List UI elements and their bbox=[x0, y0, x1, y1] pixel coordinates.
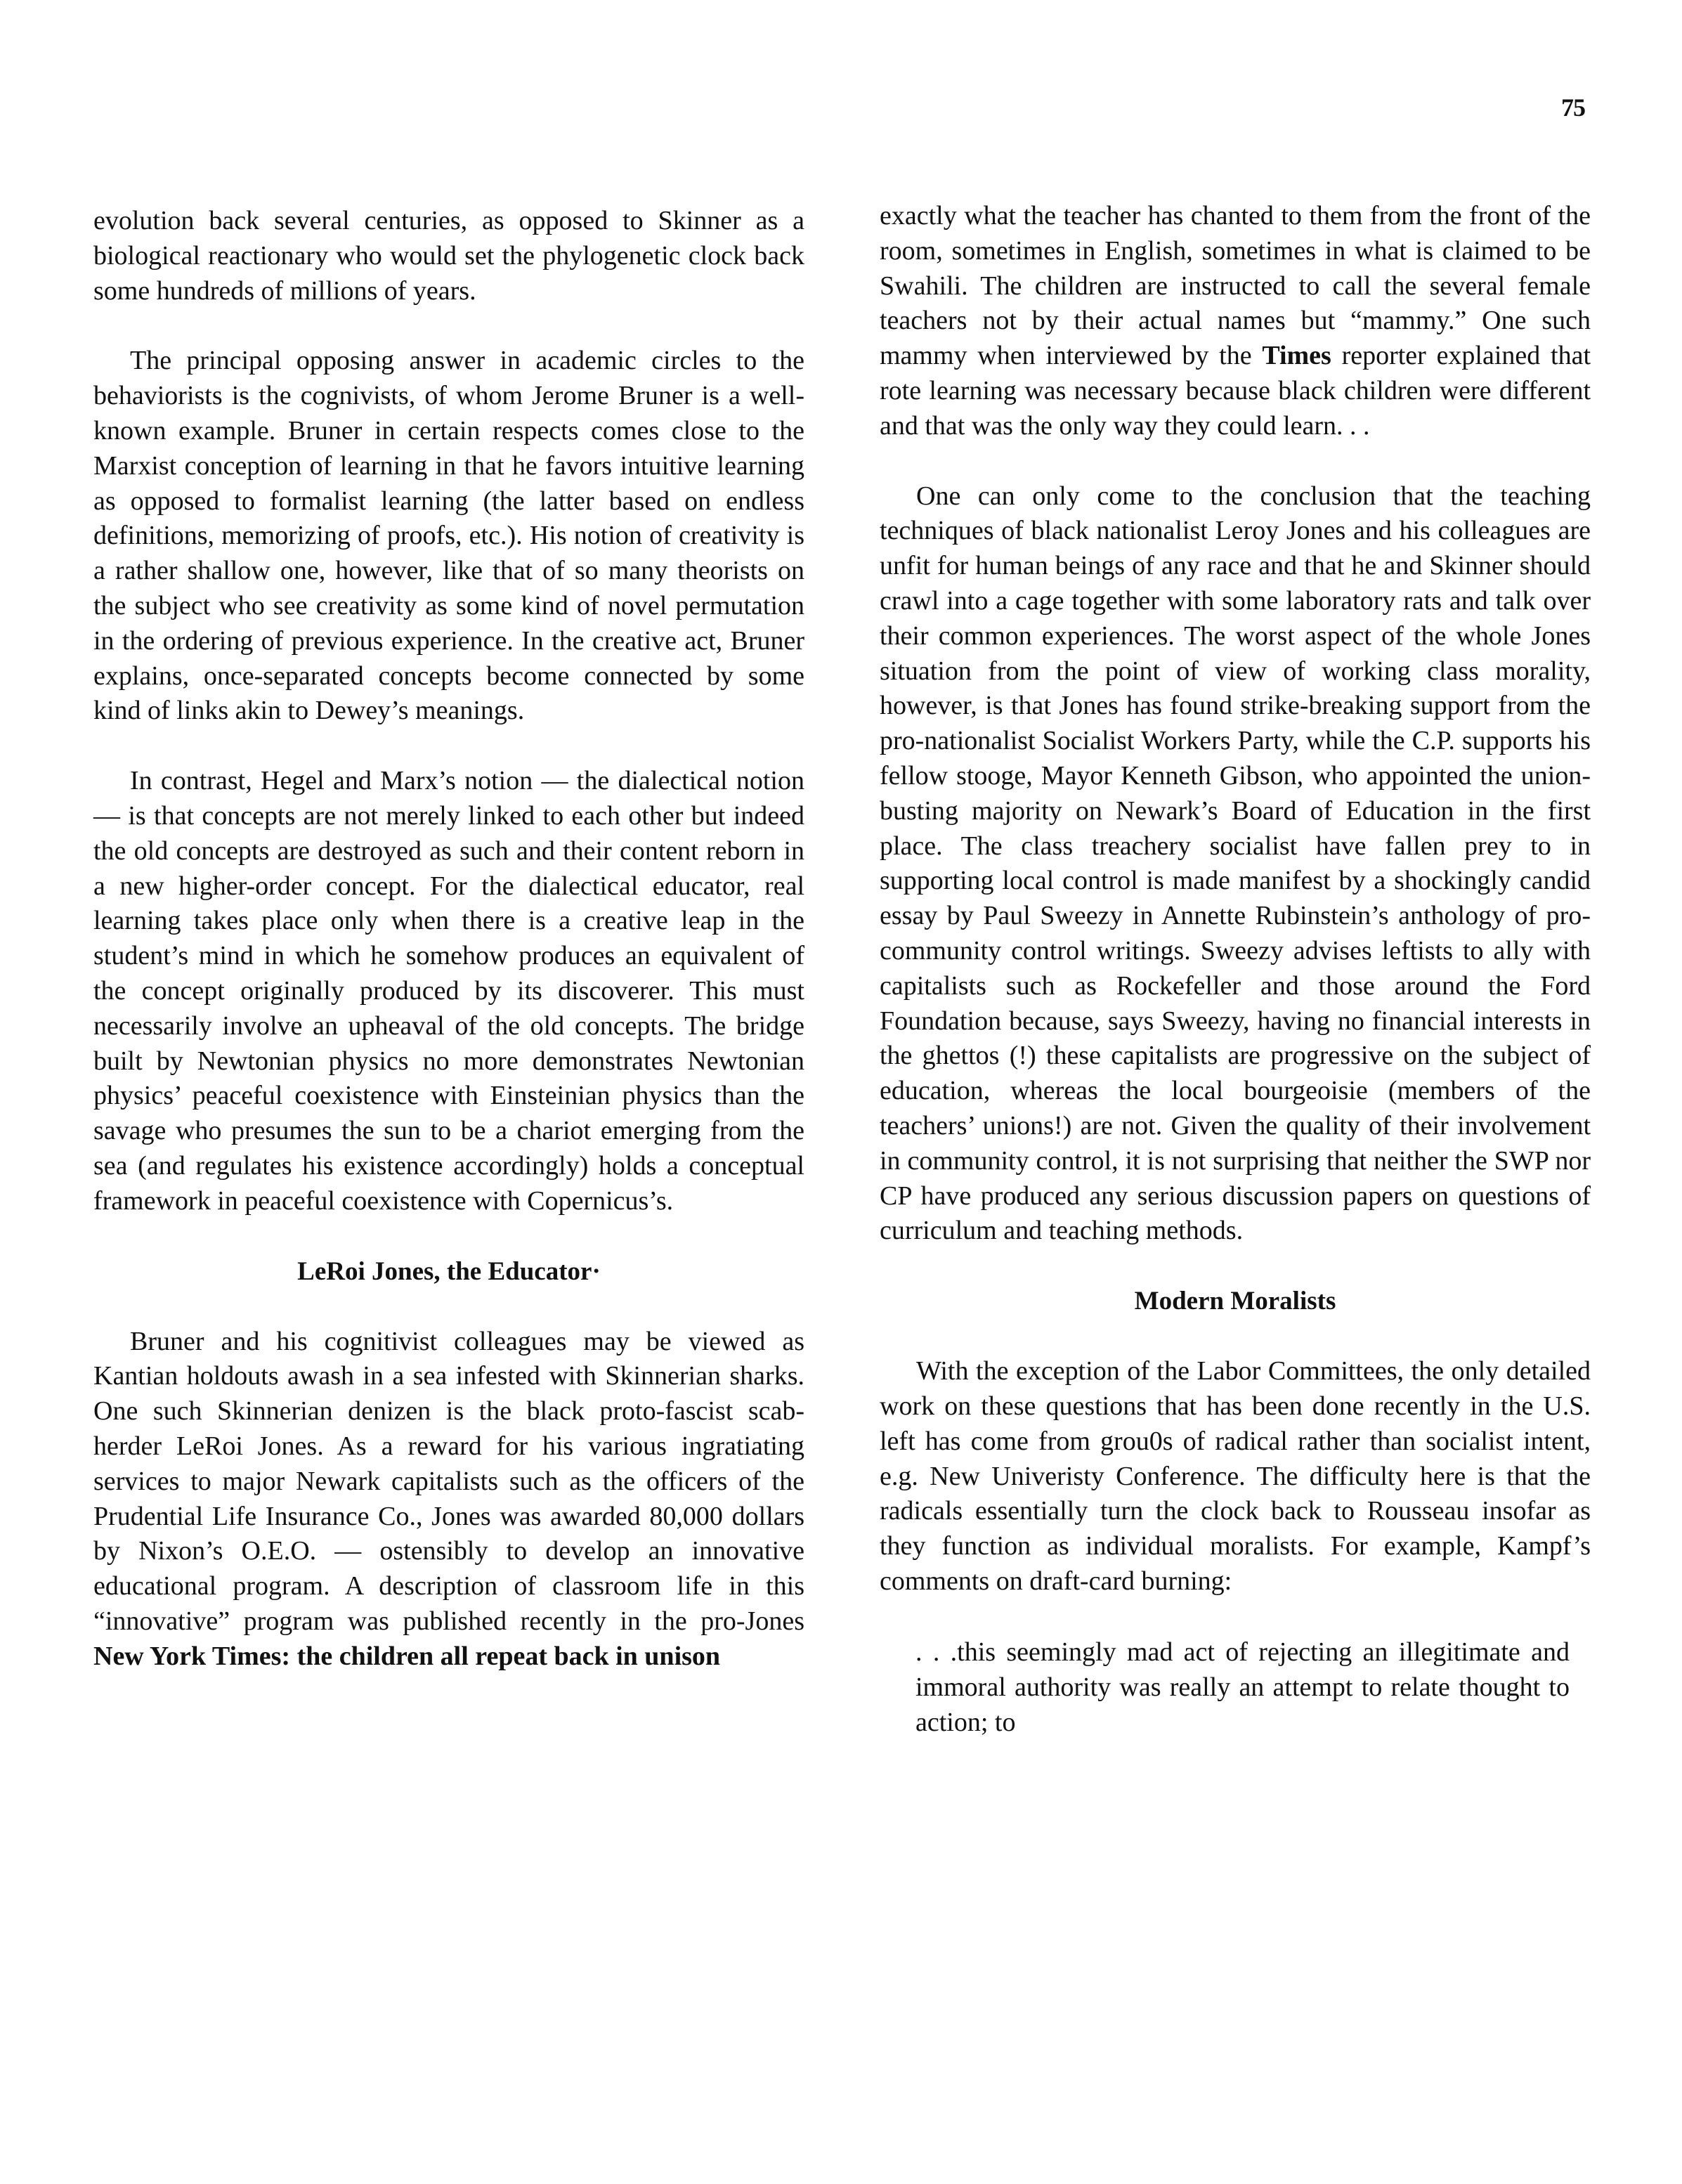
publication-title: New York Times bbox=[93, 1642, 281, 1671]
right-column: exactly what the teacher has chanted to … bbox=[880, 199, 1591, 1740]
block-quote: . . .this seemingly mad act of rejecting… bbox=[880, 1634, 1591, 1740]
publication-title: Times bbox=[1262, 341, 1331, 370]
page-number: 75 bbox=[1561, 93, 1585, 122]
paragraph-conclusion: One can only come to the conclusion that… bbox=[880, 479, 1591, 1249]
paragraph-text: Bruner and his cognitivist colleagues ma… bbox=[93, 1327, 804, 1636]
section-heading-leroi-jones: LeRoi Jones, the Educator· bbox=[93, 1254, 804, 1289]
paragraph-cognivists: The principal opposing answer in academi… bbox=[93, 344, 804, 729]
paragraph-bruner-colleagues: Bruner and his cognitivist colleagues ma… bbox=[93, 1325, 804, 1675]
section-heading-modern-moralists: Modern Moralists bbox=[880, 1284, 1591, 1319]
paragraph-dialectical-notion: In contrast, Hegel and Marx’s notion — t… bbox=[93, 764, 804, 1218]
paragraph-continued: exactly what the teacher has chanted to … bbox=[880, 199, 1591, 444]
paragraph-labor-committees: With the exception of the Labor Committe… bbox=[880, 1354, 1591, 1599]
left-column: evolution back several centuries, as opp… bbox=[93, 204, 804, 1674]
paragraph-text: : the children all repeat back in unison bbox=[281, 1642, 720, 1671]
paragraph-continued: evolution back several centuries, as opp… bbox=[93, 204, 804, 308]
